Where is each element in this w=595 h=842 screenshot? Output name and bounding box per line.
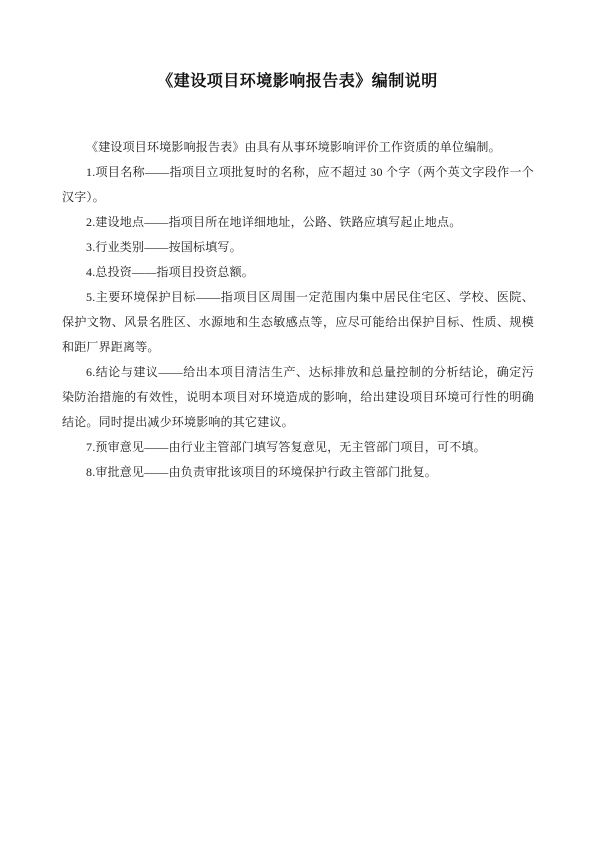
item-paragraph-8: 8.审批意见——由负责审批该项目的环境保护行政主管部门批复。: [62, 460, 534, 485]
item-paragraph-5: 5.主要环境保护目标——指项目区周围一定范围内集中居民住宅区、学校、医院、保护文…: [62, 285, 534, 360]
document-body: 《建设项目环境影响报告表》由具有从事环境影响评价工作资质的单位编制。 1.项目名…: [62, 135, 534, 485]
item-paragraph-2: 2.建设地点——指项目所在地详细地址，公路、铁路应填写起止地点。: [62, 210, 534, 235]
item-paragraph-1: 1.项目名称——指项目立项批复时的名称，应不超过 30 个字（两个英文字段作一个…: [62, 160, 534, 210]
intro-paragraph: 《建设项目环境影响报告表》由具有从事环境影响评价工作资质的单位编制。: [62, 135, 534, 160]
document-page: 《建设项目环境影响报告表》编制说明 《建设项目环境影响报告表》由具有从事环境影响…: [0, 0, 595, 842]
item-paragraph-6: 6.结论与建议——给出本项目清洁生产、达标排放和总量控制的分析结论，确定污染防治…: [62, 360, 534, 435]
item-paragraph-3: 3.行业类别——按国标填写。: [62, 235, 534, 260]
item-paragraph-7: 7.预审意见——由行业主管部门填写答复意见，无主管部门项目，可不填。: [62, 435, 534, 460]
document-title: 《建设项目环境影响报告表》编制说明: [0, 70, 595, 94]
item-paragraph-4: 4.总投资——指项目投资总额。: [62, 260, 534, 285]
